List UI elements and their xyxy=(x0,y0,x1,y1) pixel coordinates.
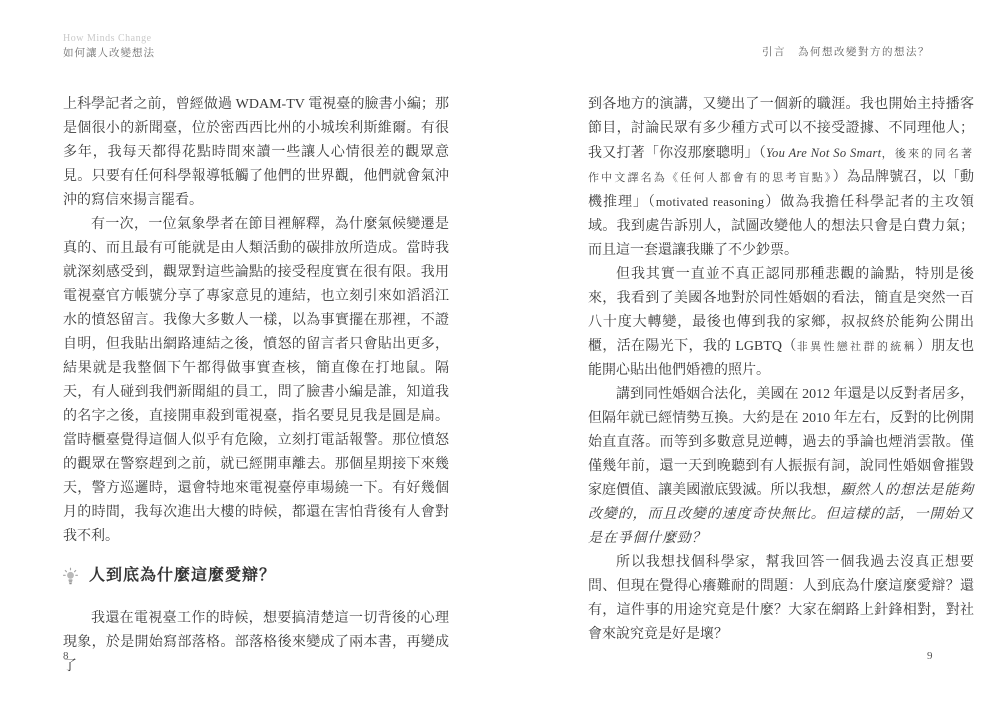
paragraph: 有一次，一位氣象學者在節目裡解釋，為什麼氣候變遷是真的、而且最有可能就是由人類活… xyxy=(63,213,449,549)
running-header-right: 引言 為何想改變對方的想法？ xyxy=(762,44,930,59)
paragraph: 但我其實一直並不真正認同那種悲觀的論點，特別是後來，我看到了美國各地對於同性婚姻… xyxy=(588,263,974,383)
book-title: 如何讓人改變想法 xyxy=(63,47,155,60)
english-book-title: You Are Not So Smart xyxy=(766,146,882,160)
section-heading: 人到底為什麼這麼愛辯？ xyxy=(61,564,449,588)
page-number-left: 8 xyxy=(63,650,69,662)
text-segment: 我還在電視臺工作的時候，想要搞清楚這一切背後的心理現象，於是開始寫部落格。部落格… xyxy=(63,611,449,674)
english-term: motivated reasoning xyxy=(656,195,764,209)
translator-note: 非異性戀社群的統稱 xyxy=(797,341,917,353)
right-page-text: 到各地方的演講，又變出了一個新的職涯。我也開始主持播客節目，討論民眾有多少種方式… xyxy=(588,93,974,647)
page-number-right: 9 xyxy=(927,650,933,662)
paragraph: 到各地方的演講，又變出了一個新的職涯。我也開始主持播客節目，討論民眾有多少種方式… xyxy=(588,93,974,263)
left-page-text: 上科學記者之前，曾經做過 WDAM-TV 電視臺的臉書小編；那是個很小的新聞臺，… xyxy=(63,93,449,679)
paragraph: 講到同性婚姻合法化，美國在 2012 年還是以反對者居多，但隔年就已經情勢互換。… xyxy=(588,383,974,551)
lightbulb-icon xyxy=(61,567,80,586)
paragraph: 我還在電視臺工作的時候，想要搞清楚這一切背後的心理現象，於是開始寫部落格。部落格… xyxy=(63,607,449,679)
series-title: How Minds Change xyxy=(63,33,155,46)
paragraph: 上科學記者之前，曾經做過 WDAM-TV 電視臺的臉書小編；那是個很小的新聞臺，… xyxy=(63,93,449,213)
text-segment: 所以我想找個科學家，幫我回答一個我過去沒真正想要問、但現在覺得心癢難耐的問題：人… xyxy=(588,555,974,642)
running-header-left: How Minds Change 如何讓人改變想法 xyxy=(63,33,155,60)
text-segment: 有一次，一位氣象學者在節目裡解釋，為什麼氣候變遷是真的、而且最有可能就是由人類活… xyxy=(63,217,449,544)
text-segment: 講到同性婚姻合法化，美國在 2012 年還是以反對者居多，但隔年就已經情勢互換。… xyxy=(588,387,974,498)
book-spread: How Minds Change 如何讓人改變想法 引言 為何想改變對方的想法？… xyxy=(0,0,1000,707)
section-heading-label: 人到底為什麼這麼愛辯？ xyxy=(89,564,276,588)
paragraph: 所以我想找個科學家，幫我回答一個我過去沒真正想要問、但現在覺得心癢難耐的問題：人… xyxy=(588,551,974,647)
text-segment: 上科學記者之前，曾經做過 WDAM-TV 電視臺的臉書小編；那是個很小的新聞臺，… xyxy=(63,97,449,208)
